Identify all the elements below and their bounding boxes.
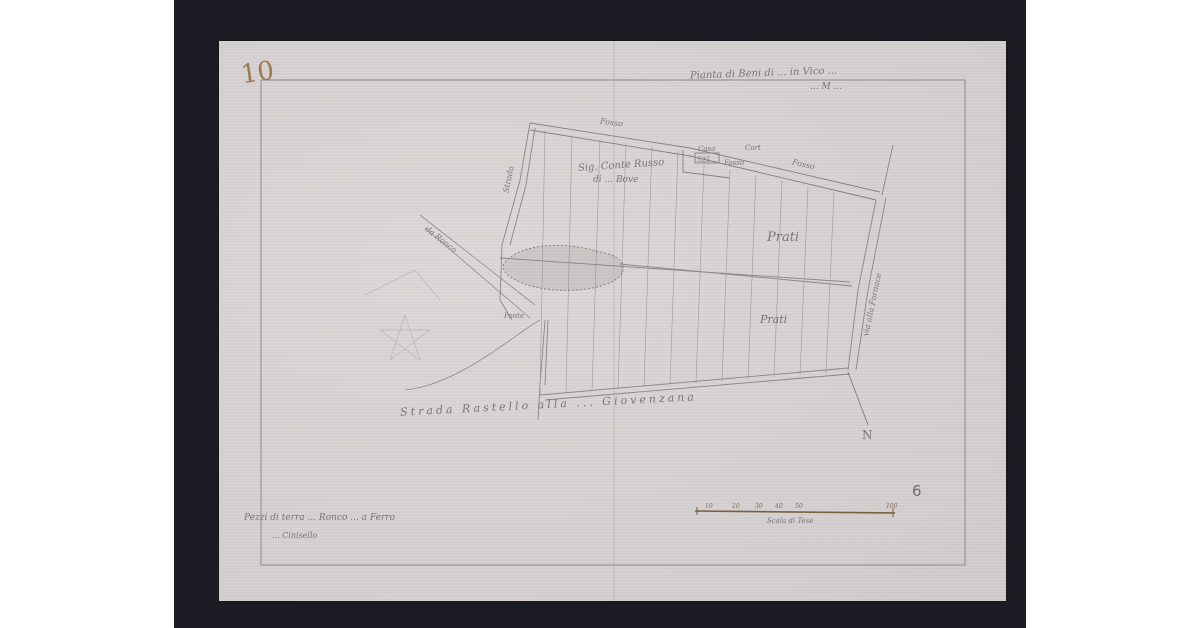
field-label-lower: Prati — [760, 313, 787, 326]
scale-tick: 40 — [775, 503, 783, 510]
survey-drawing — [0, 0, 1200, 628]
corner-number: 10 — [239, 56, 276, 90]
field-owner-label-2: di ... Bove — [593, 175, 638, 185]
scale-tick: 10 — [705, 503, 713, 510]
left-curve-road — [405, 320, 540, 390]
border-frame — [261, 80, 965, 565]
scale-tick: 30 — [755, 503, 763, 510]
scale-label: Scala di Tese — [767, 517, 813, 525]
scale-bar[interactable] — [695, 507, 910, 543]
scale-tick: 100 — [886, 503, 897, 510]
title-annotation-line2: ... M ... — [810, 82, 842, 92]
north-marker: N — [862, 428, 873, 442]
scale-tick: 20 — [732, 503, 740, 510]
house-number: 525 — [697, 156, 710, 164]
pond-area — [503, 245, 623, 290]
north-line — [848, 372, 868, 425]
house-label: Casa — [698, 145, 715, 153]
cross-road-label: Cort — [745, 144, 761, 152]
faint-star-sketch — [365, 270, 440, 360]
scale-tick: 50 — [795, 503, 803, 510]
bottom-note-line1: Pezzi di terra ... Ronco ... a Ferro — [244, 513, 395, 523]
sheet-number: 6 — [912, 482, 922, 500]
field-label-upper: Prati — [767, 230, 799, 245]
bridge-label: Ponte — [504, 312, 524, 320]
house-side-label: Fosso — [724, 159, 744, 167]
bottom-note-line2: ... Cinisello — [272, 531, 317, 540]
